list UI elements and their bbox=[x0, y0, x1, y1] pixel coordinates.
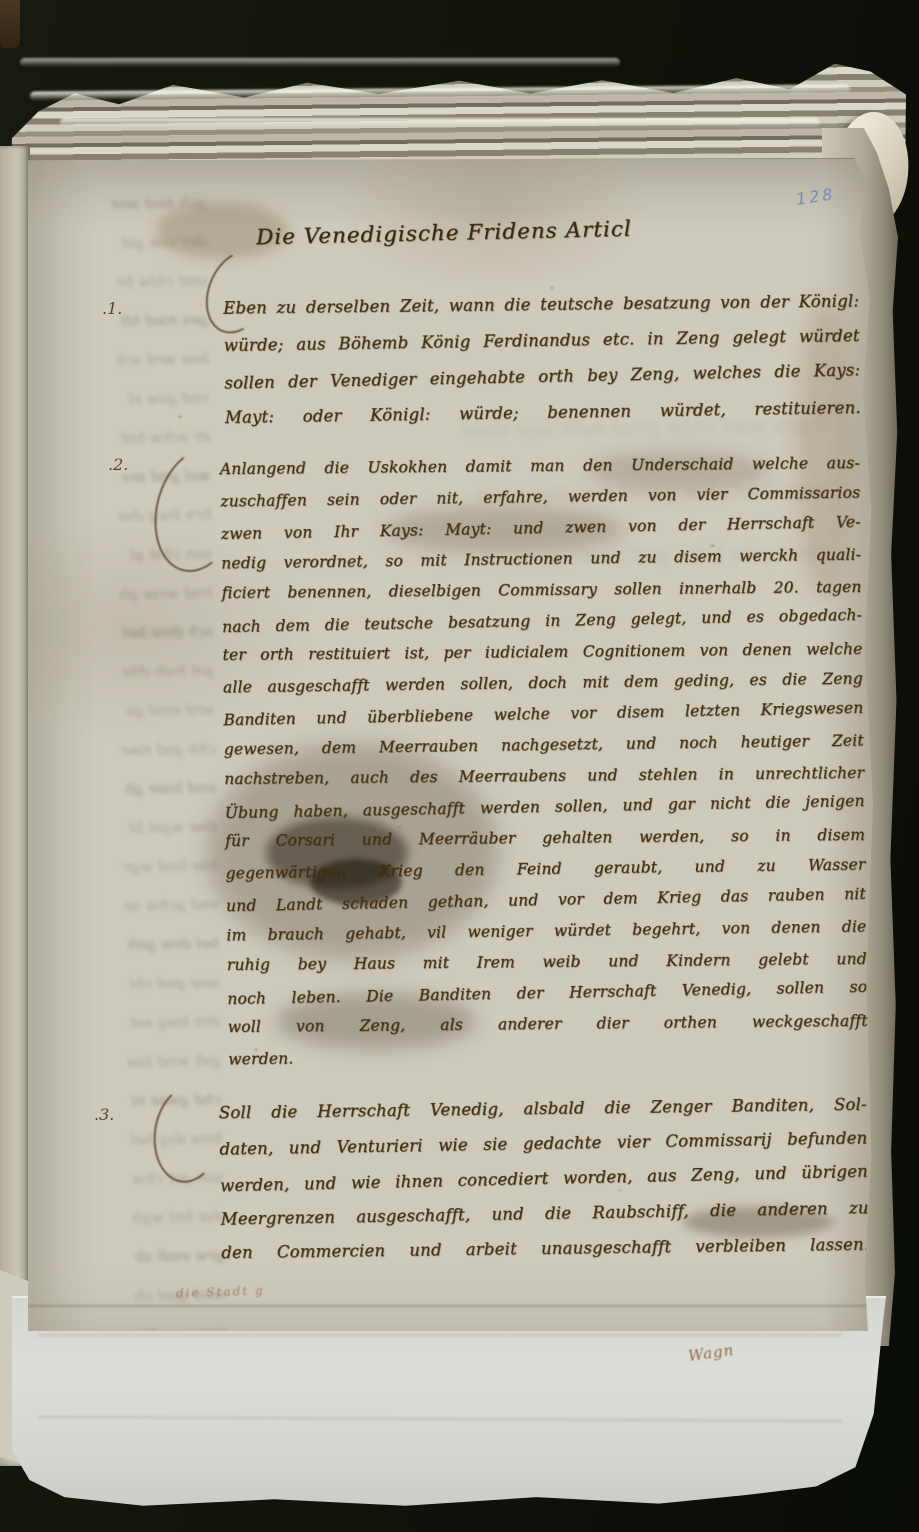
manuscript-line: chb gsd nwe bbox=[27, 729, 216, 771]
manuscript-title: Die Venedigische Fridens Articl bbox=[256, 217, 632, 251]
manuscript-line: grw endl sb bbox=[36, 1236, 225, 1278]
manuscript-line: wrd envl gs bbox=[27, 690, 216, 732]
manuscript-line: gsh wnd bse bbox=[33, 1041, 222, 1083]
binding-spine-fragment bbox=[0, 0, 20, 48]
paper-wrinkle bbox=[38, 1416, 842, 1422]
underlying-page-left-edge bbox=[0, 146, 30, 1466]
manuscript-line: und chlw br bbox=[19, 261, 208, 303]
manuscript-paragraph-3: Soll die Herrschaft Venedig, alsbald die… bbox=[219, 1085, 870, 1271]
manuscript-line: bel dsw gnh bbox=[31, 924, 220, 966]
section-marker-2: .2. bbox=[108, 455, 128, 474]
faint-marginal-note: die Stadt g bbox=[176, 1283, 265, 1300]
manuscript-line: sch dnw bel bbox=[25, 612, 214, 654]
manuscript-line: und lswe gh bbox=[28, 768, 217, 810]
page-edge-highlight bbox=[60, 118, 820, 127]
paper-wrinkle bbox=[38, 1334, 842, 1336]
section-marker-3: .3. bbox=[94, 1105, 114, 1124]
section-marker-1: .1. bbox=[102, 299, 122, 318]
manuscript-paragraph-2: Anlangend die Uskokhen damit man den Und… bbox=[220, 447, 869, 1076]
manuscript-line: der von gst bbox=[18, 222, 207, 264]
page-edge-highlight bbox=[20, 58, 620, 67]
archive-photograph: Wagn gch bnd wseder von gstund chlw brge… bbox=[0, 0, 919, 1532]
manuscript-paragraph-1: Eben zu derselben Zeit, wann die teutsch… bbox=[223, 282, 861, 436]
manuscript-line: gch bnd wse bbox=[18, 183, 207, 225]
manuscript-line: hse bnd wgr bbox=[29, 846, 218, 888]
manuscript-line: den Commercien und arbeit unausgeschafft… bbox=[221, 1227, 869, 1270]
manuscript-line: vnd gsw el bbox=[21, 378, 210, 420]
manuscript-page: gch bnd wseder von gstund chlw brges nwd… bbox=[28, 158, 873, 1331]
manuscript-line: dse bnl wgh bbox=[36, 1197, 225, 1239]
fold-crease bbox=[28, 1305, 873, 1307]
manuscript-line: dr schw bnt bbox=[22, 417, 211, 459]
manuscript-line: bnd wrse gh bbox=[25, 573, 214, 615]
manuscript-line: wse gnd chl bbox=[31, 963, 220, 1005]
manuscript-line: bne wrd sch bbox=[21, 339, 210, 381]
manuscript-line: vnd gchw se bbox=[30, 885, 219, 927]
archival-page-number: 128 bbox=[795, 184, 837, 208]
manuscript-line: dne wgst bl bbox=[29, 807, 218, 849]
manuscript-line: drn bwg est bbox=[32, 1002, 221, 1044]
manuscript-line: gst hwb dne bbox=[26, 651, 215, 693]
verso-scribble: Wagn bbox=[687, 1341, 735, 1365]
